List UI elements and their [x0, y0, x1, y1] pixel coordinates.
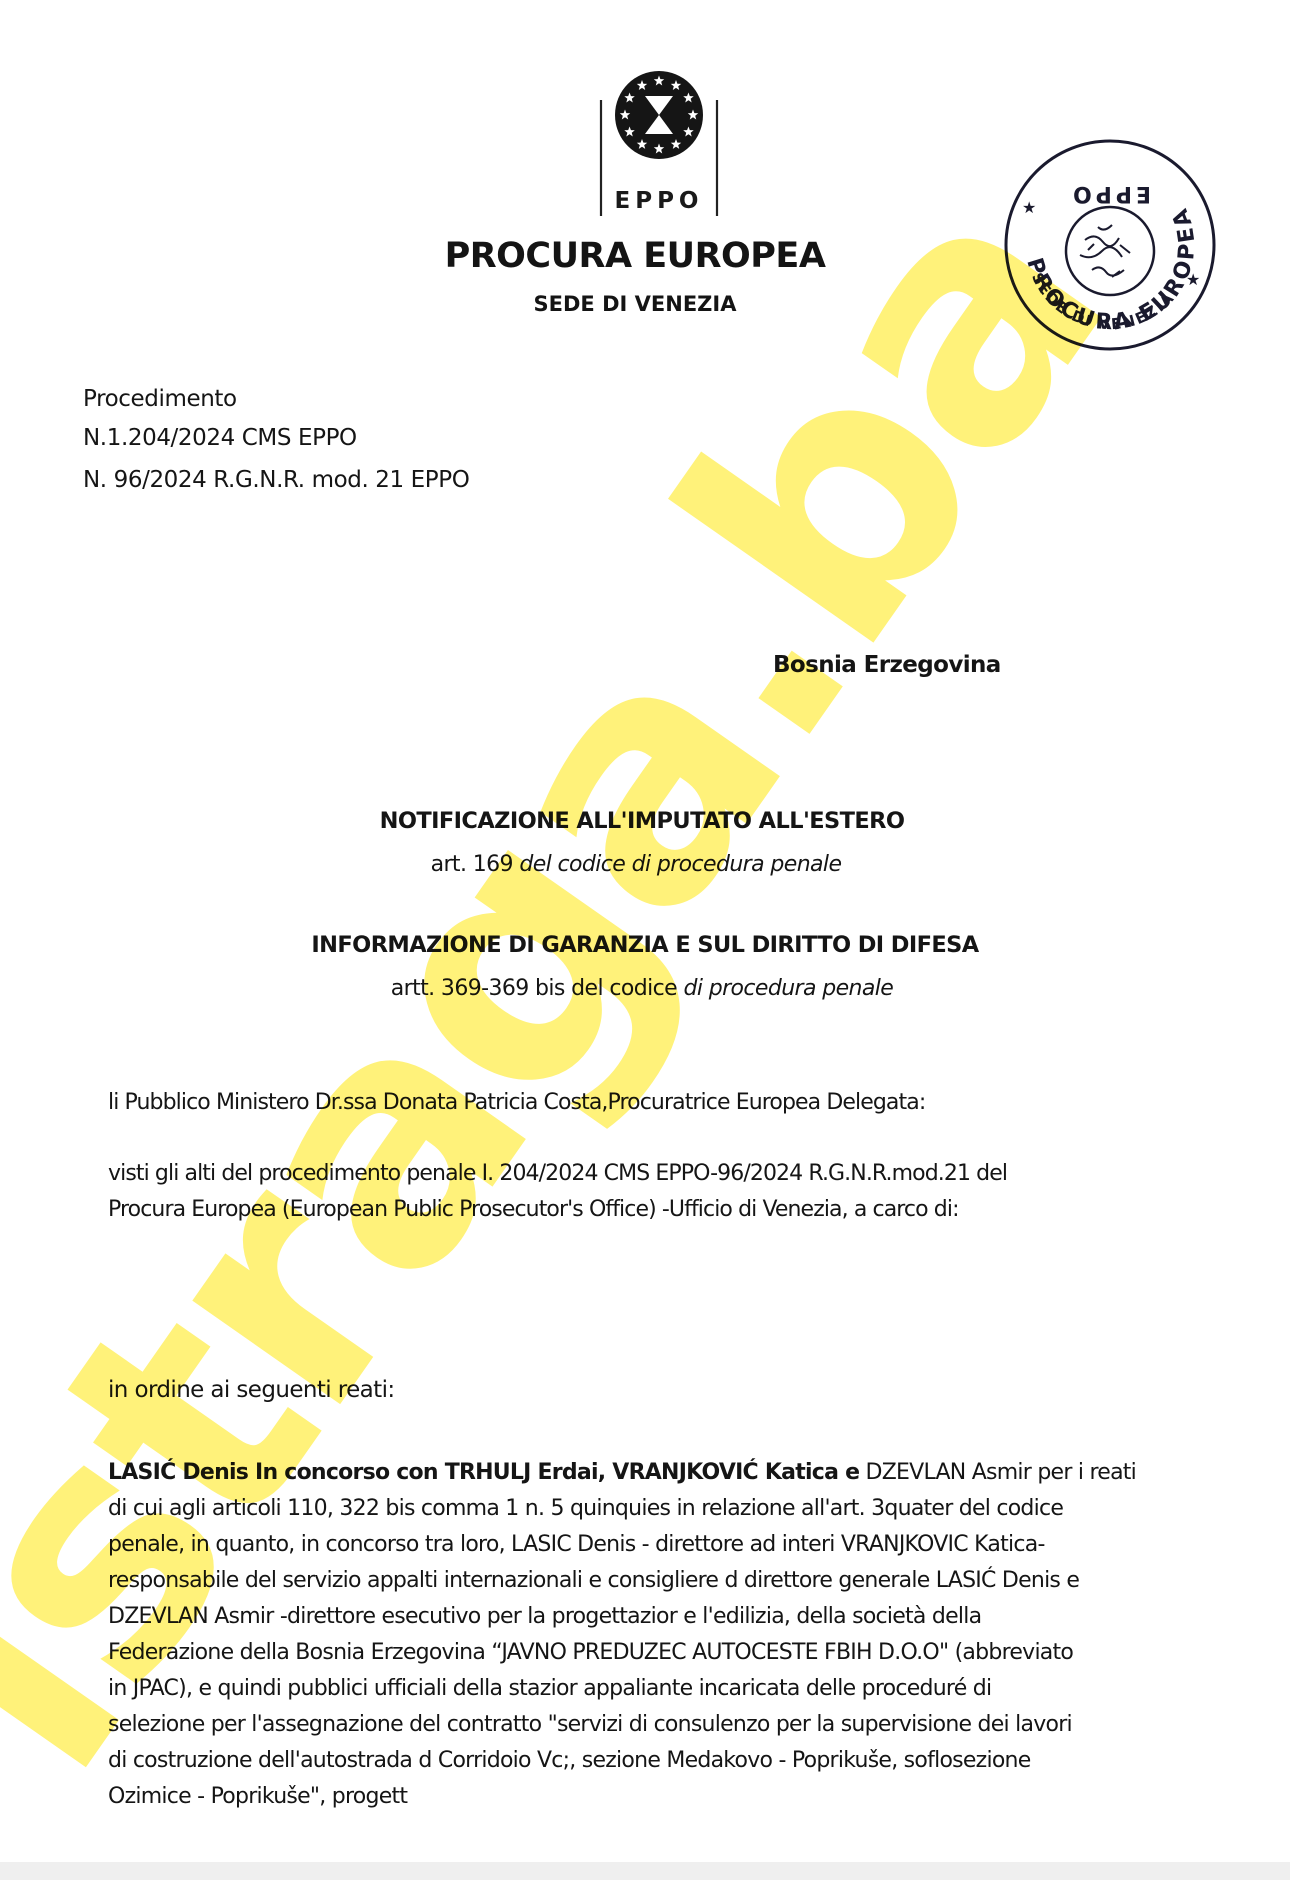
heading-notification-ref: art. 169 del codice di procedura penale — [0, 852, 1290, 877]
heading-notification: NOTIFICAZIONE ALL'IMPUTATO ALL'ESTERO — [0, 808, 1290, 834]
charges-line-first: LASIĆ Denis In concorso con TRHULJ Erdai… — [108, 1455, 1228, 1491]
heading-guarantee-ref: artt. 369-369 bis del codice di procedur… — [0, 976, 1290, 1001]
recipient-country: Bosnia Erzegovina — [773, 652, 1001, 678]
order-line: in ordine ai seguenti reati: — [108, 1377, 395, 1403]
heading-guarantee: INFORMAZIONE DI GARANZIA E SUL DIRITTO D… — [0, 932, 1290, 958]
official-stamp: PROCURA EUROPEA SEDE DI VENEZIA EPPO ★ ★ — [1000, 135, 1220, 355]
bottom-band — [0, 1862, 1290, 1880]
svg-text:★: ★ — [1186, 270, 1200, 289]
svg-text:EPPO: EPPO — [1069, 181, 1151, 206]
stamp-seal-icon: PROCURA EUROPEA SEDE DI VENEZIA EPPO ★ ★ — [1000, 135, 1220, 355]
prosecutor-line: li Pubblico Ministero Dr.ssa Donata Patr… — [108, 1090, 925, 1115]
procedure-number-cms: N.1.204/2024 CMS EPPO — [83, 425, 357, 451]
procedure-label: Procedimento — [83, 386, 237, 412]
svg-text:★: ★ — [1022, 198, 1036, 217]
document-page: EPPO PROCURA EUROPEA SEDE DI VENEZIA PRO… — [0, 0, 1290, 1862]
eppo-logo-text: EPPO — [598, 188, 720, 214]
eppo-logo: EPPO — [598, 70, 720, 220]
visti-paragraph: visti gli alti del procedimento penale I… — [108, 1156, 1228, 1228]
charges-paragraph: LASIĆ Denis In concorso con TRHULJ Erdai… — [108, 1455, 1228, 1815]
procedure-number-rgnr: N. 96/2024 R.G.N.R. mod. 21 EPPO — [83, 467, 469, 493]
